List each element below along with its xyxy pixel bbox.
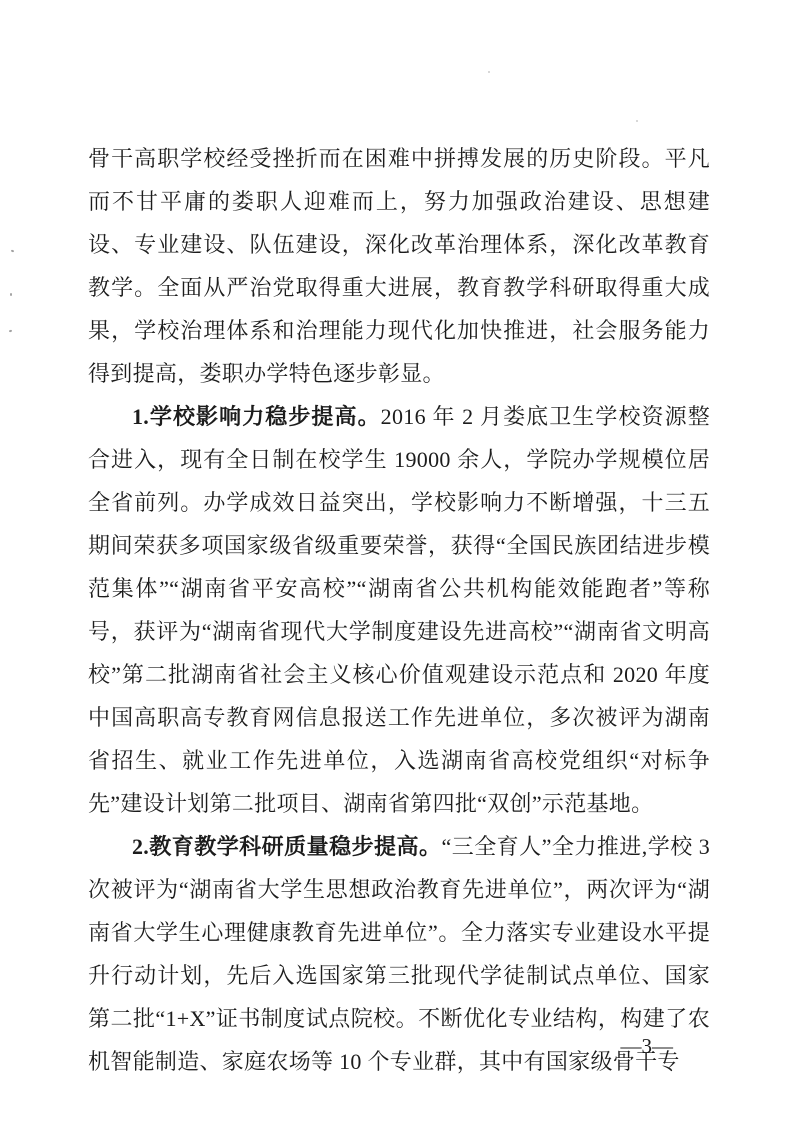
page-number: —3—	[621, 1033, 674, 1059]
scan-speck	[10, 293, 12, 296]
paragraph-text: “三全育人”全力推进,学校 3 次被评为“湖南省大学生思想政治教育先进单位”，两…	[88, 834, 710, 1074]
scan-speck	[9, 330, 12, 333]
paragraph-text: 2016 年 2 月娄底卫生学校资源整合进入，现有全日制在校学生 19000 余…	[88, 404, 710, 816]
scan-speck	[11, 250, 15, 253]
paragraph: 2.教育教学科研质量稳步提高。“三全育人”全力推进,学校 3 次被评为“湖南省大…	[88, 825, 710, 1083]
paragraph: 1.学校影响力稳步提高。2016 年 2 月娄底卫生学校资源整合进入，现有全日制…	[88, 395, 710, 825]
paragraph: 骨干高职学校经受挫折而在困难中拼搏发展的历史阶段。平凡而不甘平庸的娄职人迎难而上…	[88, 137, 710, 395]
scan-speck	[636, 120, 638, 122]
paragraph-heading: 2.教育教学科研质量稳步提高。	[132, 834, 441, 859]
paragraph-text: 骨干高职学校经受挫折而在困难中拼搏发展的历史阶段。平凡而不甘平庸的娄职人迎难而上…	[88, 146, 710, 386]
scan-speck	[488, 71, 490, 73]
document-body: 骨干高职学校经受挫折而在困难中拼搏发展的历史阶段。平凡而不甘平庸的娄职人迎难而上…	[88, 137, 710, 1083]
paragraph-heading: 1.学校影响力稳步提高。	[132, 404, 381, 429]
document-page: 骨干高职学校经受挫折而在困难中拼搏发展的历史阶段。平凡而不甘平庸的娄职人迎难而上…	[0, 0, 793, 1122]
